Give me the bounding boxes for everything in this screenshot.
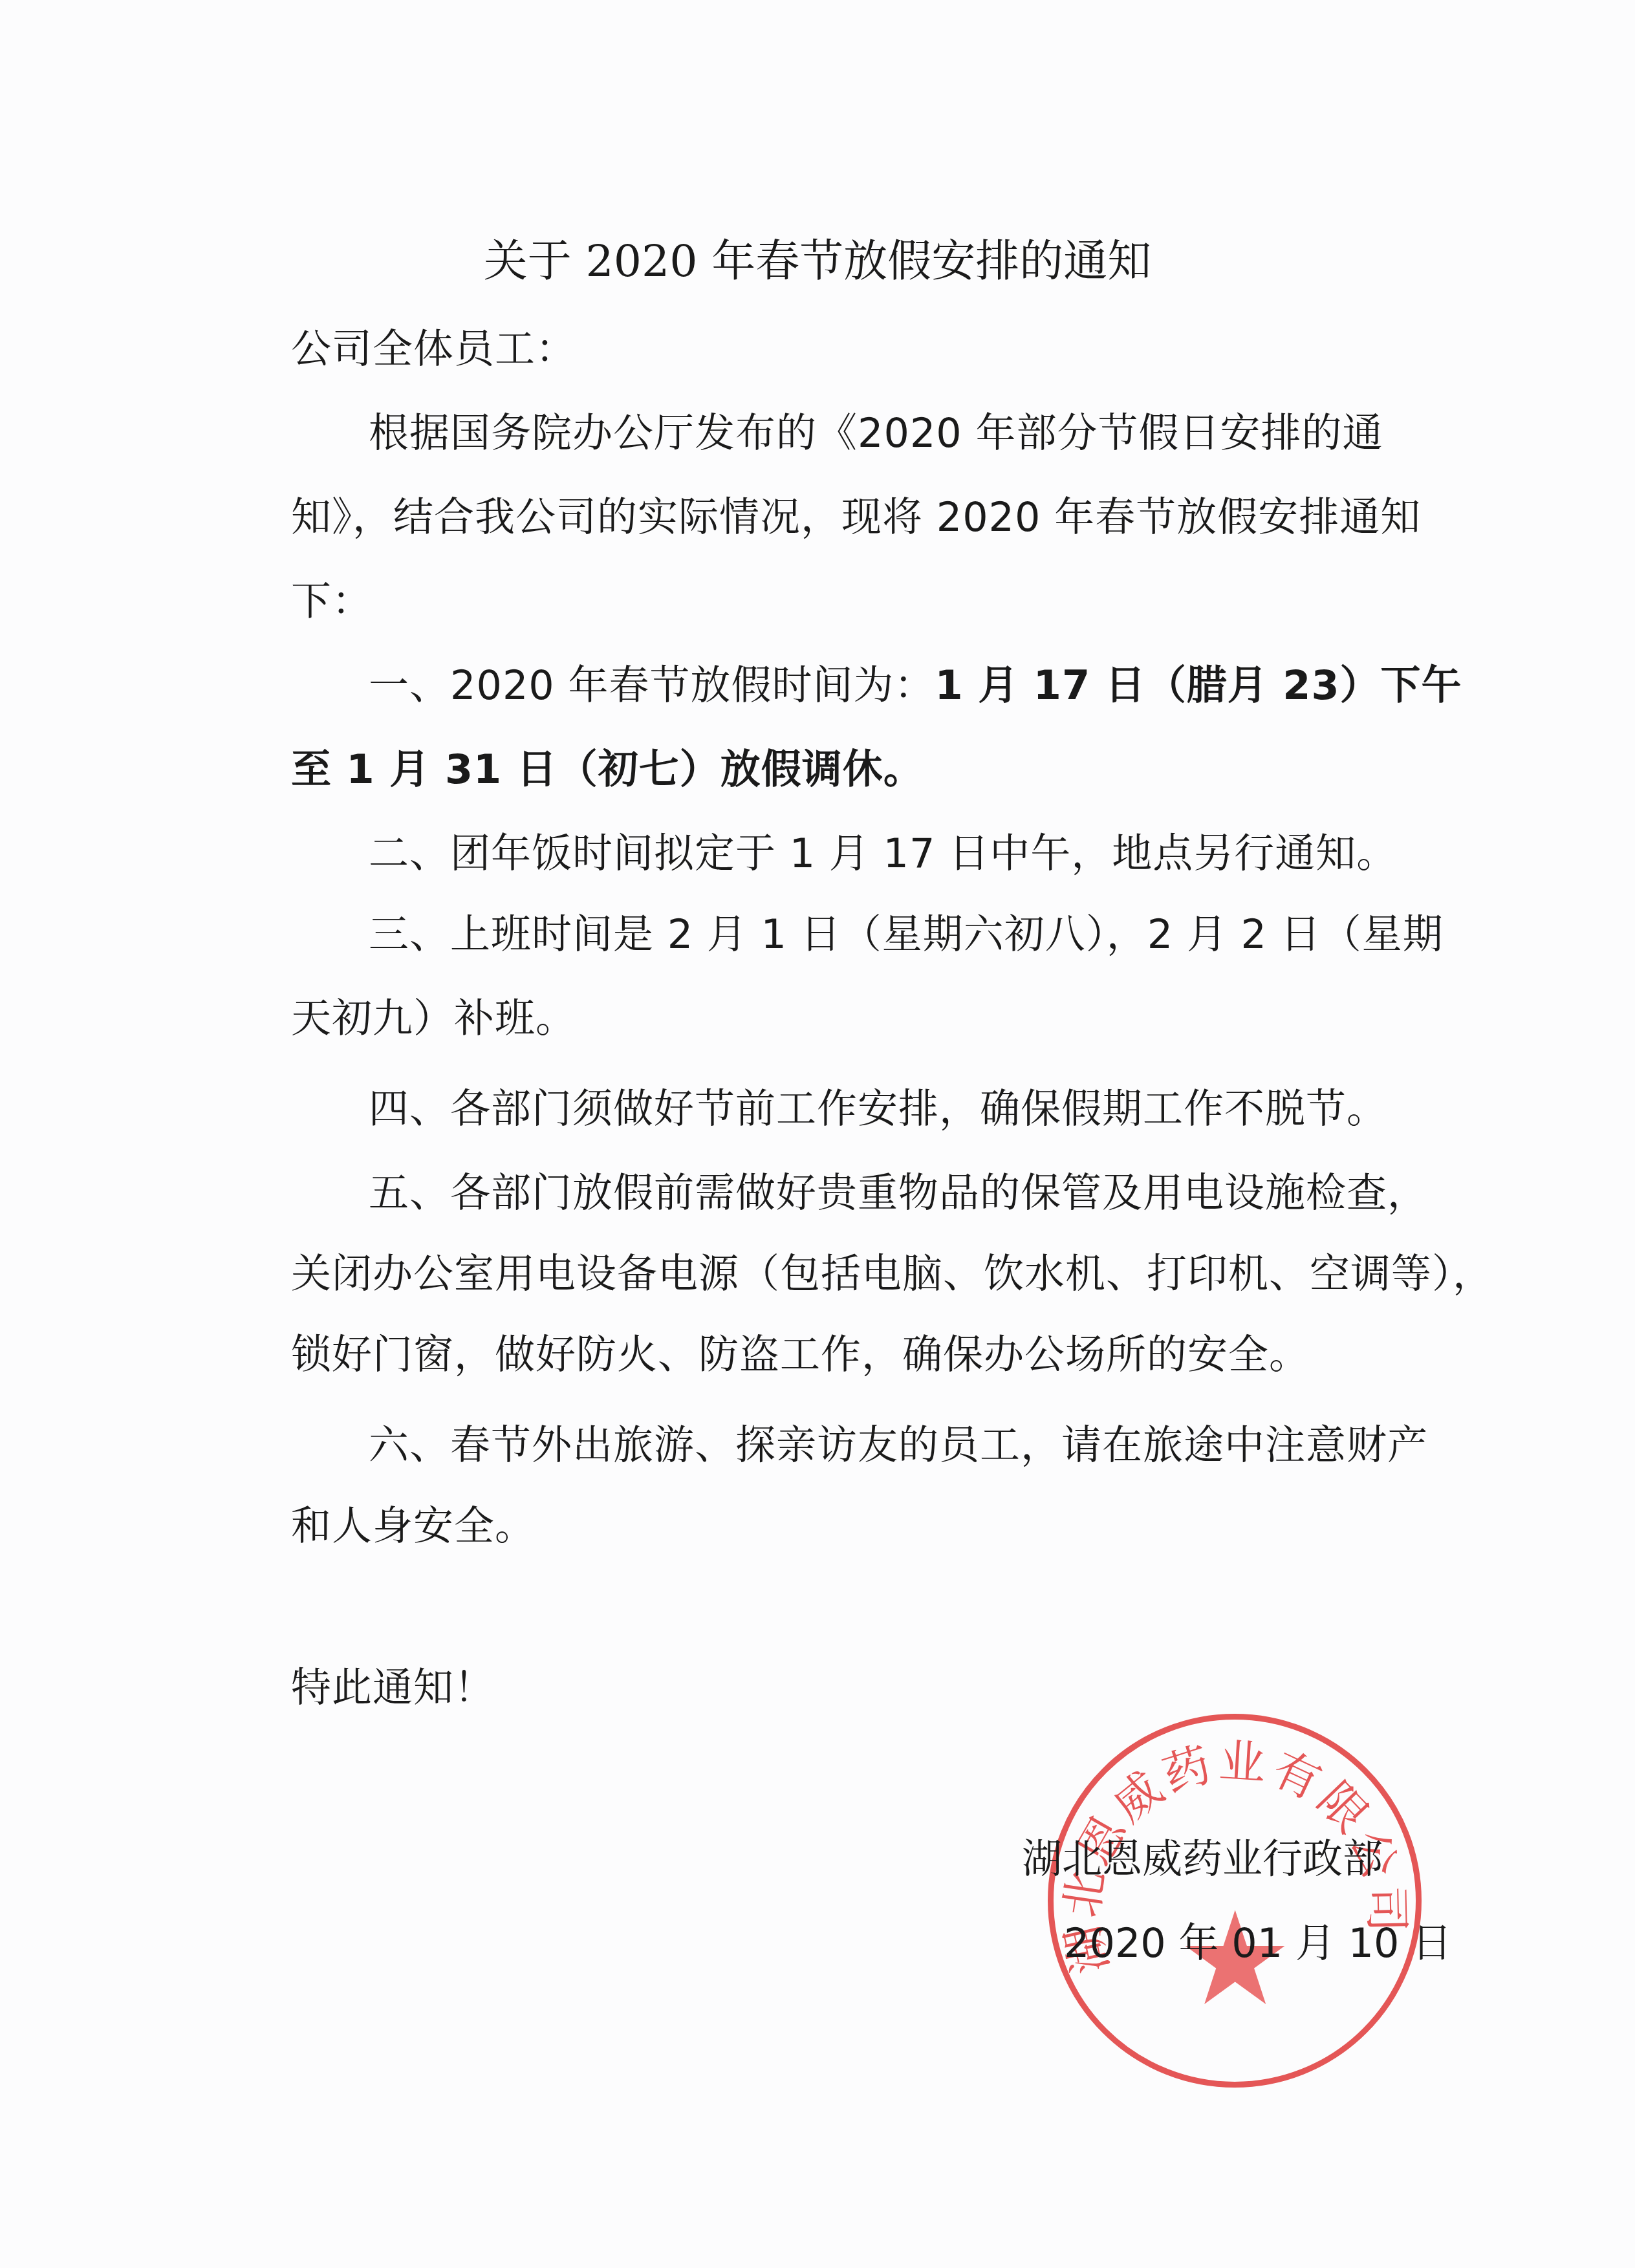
intro-line-3: 下：: [291, 576, 373, 627]
item-three-line-1: 三、上班时间是 2 月 1 日（星期六初八），2 月 2 日（星期: [369, 909, 1444, 960]
intro-line-1: 根据国务院办公厅发布的《2020 年部分节假日安排的通: [369, 407, 1383, 459]
signature-department: 湖北恩威药业行政部: [1022, 1833, 1383, 1885]
item-five-line-1: 五、各部门放假前需做好贵重物品的保管及用电设施检查，: [369, 1167, 1428, 1219]
item-one-line-1: 一、2020 年春节放假时间为：1 月 17 日（腊月 23）下午: [369, 660, 1462, 711]
item-six-line-1: 六、春节外出旅游、探亲访友的员工，请在旅途中注意财产: [369, 1420, 1428, 1471]
item-two: 二、团年饭时间拟定于 1 月 17 日中午，地点另行通知。: [369, 828, 1397, 880]
signature-date: 2020 年 01 月 10 日: [1064, 1917, 1452, 1969]
closing: 特此通知！: [291, 1662, 495, 1714]
item-four: 四、各部门须做好节前工作安排，确保假期工作不脱节。: [369, 1083, 1387, 1135]
item-five-line-2: 关闭办公室用电设备电源（包括电脑、饮水机、打印机、空调等），: [291, 1248, 1493, 1300]
salutation: 公司全体员工：: [291, 323, 576, 375]
item-one-bold-2: 至 1 月 31 日（初七）放假调休。: [291, 746, 924, 793]
item-six-line-2: 和人身安全。: [291, 1500, 536, 1552]
document-title: 关于 2020 年春节放假安排的通知: [0, 233, 1635, 291]
item-five-line-3: 锁好门窗，做好防火、防盗工作，确保办公场所的安全。: [291, 1329, 1310, 1381]
item-one-bold-1: 1 月 17 日（腊月 23）下午: [935, 662, 1462, 709]
item-three-line-2: 天初九）补班。: [291, 993, 576, 1044]
item-one-prefix: 一、2020 年春节放假时间为：: [369, 662, 935, 709]
item-one-line-2: 至 1 月 31 日（初七）放假调休。: [291, 744, 924, 795]
intro-line-2: 知》，结合我公司的实际情况，现将 2020 年春节放假安排通知: [291, 491, 1421, 543]
